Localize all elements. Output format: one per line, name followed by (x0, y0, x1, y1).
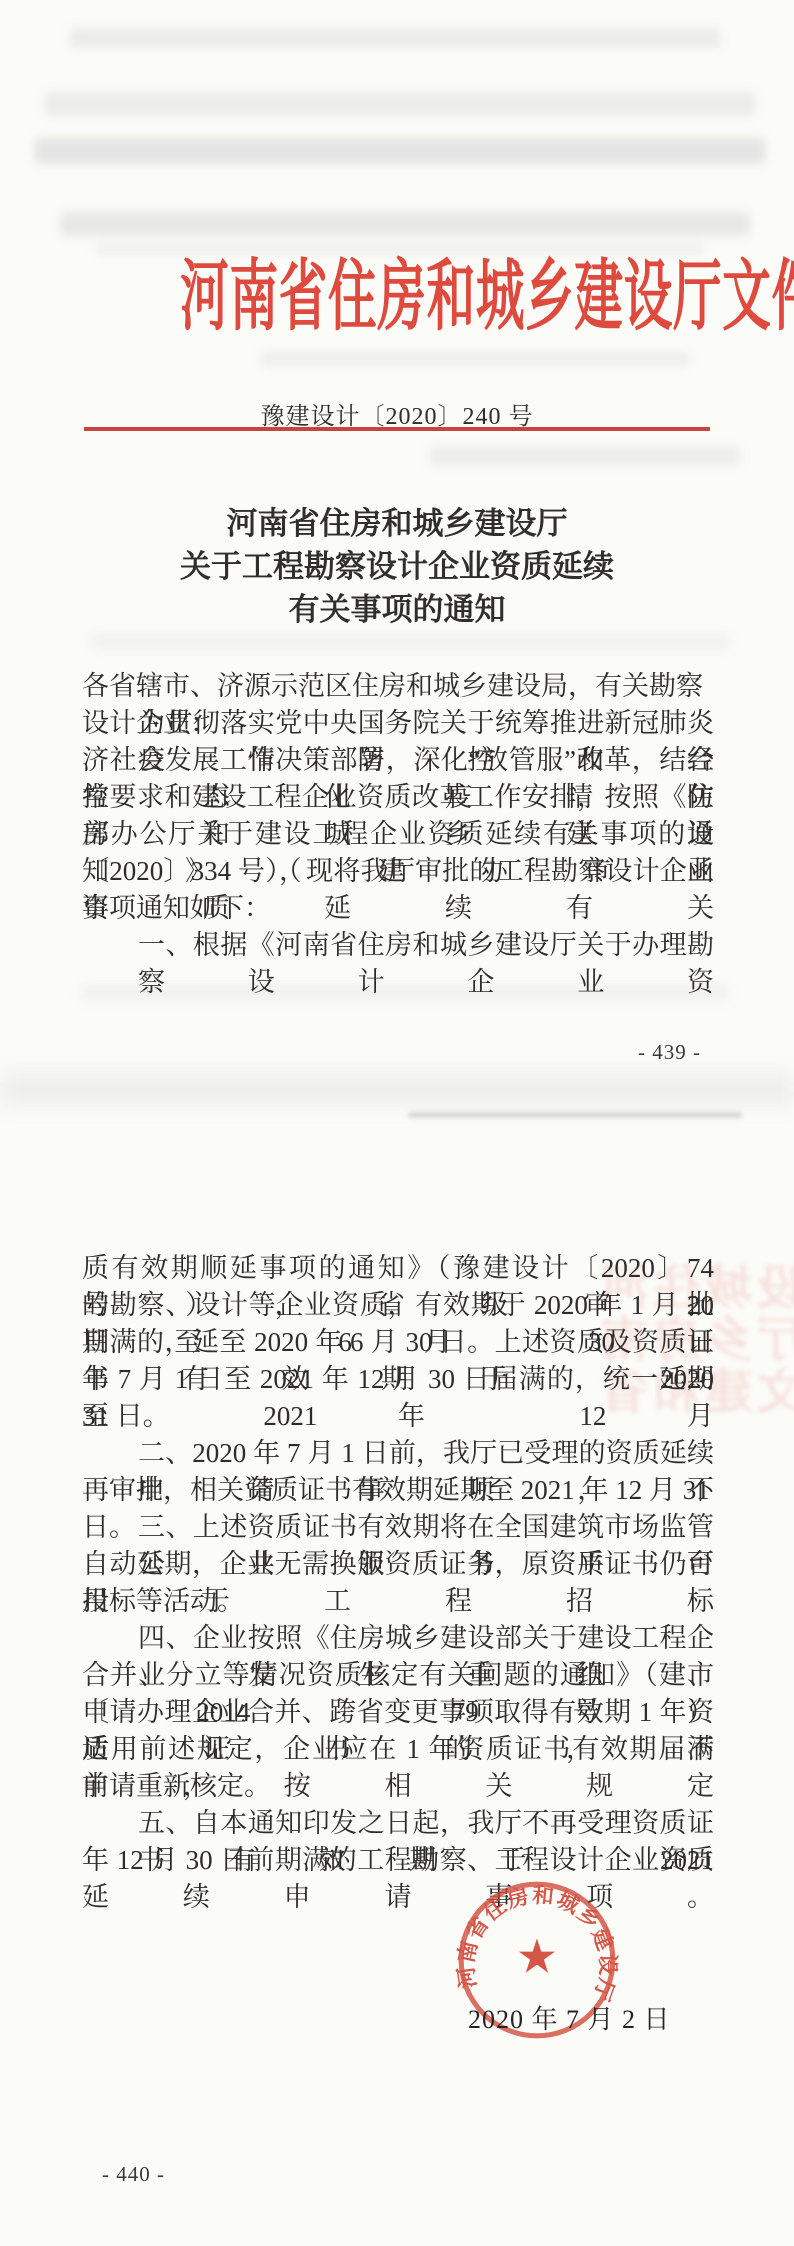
page2-number: - 440 - (102, 2162, 165, 2187)
page2-body: 质有效期顺延事项的通知》（豫建设计〔2020〕74 号），省级审批的勘察、设计等… (82, 1250, 714, 1879)
body-line: 济社会发展工作决策部署，深化“放管服”改革，结合常态化疫情防 (82, 742, 714, 779)
bleed-through-artifact (90, 634, 730, 650)
bleed-through-artifact (0, 1072, 794, 1106)
notice-title: 河南省住房和城乡建设厅 关于工程勘察设计企业资质延续 有关事项的通知 (0, 502, 794, 631)
body-line: 为贯彻落实党中央国务院关于统筹推进新冠肺炎疫情防控和经 (82, 705, 714, 742)
bleed-through-artifact (408, 1112, 742, 1118)
body-line: 年 7 月 1 日至 2021 年 12 月 30 日届满的，统一延期至 202… (82, 1361, 714, 1398)
body-line: 年 12 月 30 日前期满的工程勘察、工程设计企业资质延续申请事项。 (82, 1842, 714, 1879)
body-line: 二、2020 年 7 月 1 日前，我厅已受理的资质延续申请事项，不 (82, 1435, 714, 1472)
letterhead-title: 河南省住房和城乡建设厅文件 (180, 253, 794, 341)
letterhead: 河南省住房和城乡建设厅文件 (0, 254, 794, 340)
bleed-through-artifact (430, 446, 740, 466)
bleed-through-artifact (70, 28, 720, 48)
body-line: 适用前述规定，企业应在 1 年资质证书有效期届满前，按相关规定 (82, 1731, 714, 1768)
body-line: 一、根据《河南省住房和城乡建设厅关于办理勘察设计企业资 (82, 927, 714, 964)
body-line: 四、企业按照《住房城乡建设部关于建设工程企业发生重组、 (82, 1620, 714, 1657)
page1-body: 各省辖市、济源示范区住房和城乡建设局，有关勘察设计企业：为贯彻落实党中央国务院关… (82, 668, 714, 964)
body-line: 的勘察、设计等企业资质，有效期于 2020 年 1 月 20 日至 6 月 30… (82, 1287, 714, 1324)
body-line: 再审批，相关资质证书有效期延期至 2021 年 12 月 31 日。 (82, 1472, 714, 1509)
body-line: 部办公厅关于建设工程企业资质延续有关事项的通知》（建办市函 (82, 816, 714, 853)
seal-star-icon: ★ (516, 1931, 558, 1983)
red-divider-line (84, 427, 710, 431)
body-line: 五、自本通知印发之日起，我厅不再受理资质证书有效期于 2021 (82, 1805, 714, 1842)
body-line: 各省辖市、济源示范区住房和城乡建设局，有关勘察设计企业： (82, 668, 714, 705)
notice-title-line-3: 有关事项的通知 (0, 588, 794, 631)
bleed-through-artifact (60, 212, 750, 236)
document-number: 豫建设计〔2020〕240 号 (0, 396, 794, 431)
body-line: 三、上述资质证书有效期将在全国建筑市场监管公共服务平台 (82, 1509, 714, 1546)
notice-title-line-1: 河南省住房和城乡建设厅 (0, 502, 794, 545)
body-line: 〔2020〕334 号），现将我厅审批的工程勘察设计企业资质延续有关 (82, 853, 714, 890)
issue-date: 2020 年 7 月 2 日 (468, 1999, 671, 2036)
page1-number: - 439 - (638, 1040, 701, 1065)
scanned-document: 河南省住房和城乡建设厅文件 河南省住房和城乡建设厅文件 豫建设计〔2020〕24… (0, 0, 794, 2246)
body-line: 合并、分立等情况资质核定有关问题的通知》（建市〔2014〕79 号） (82, 1657, 714, 1694)
bleed-through-artifact (35, 138, 765, 164)
bleed-through-artifact (45, 92, 755, 116)
body-line: 质有效期顺延事项的通知》（豫建设计〔2020〕74 号），省级审批 (82, 1250, 714, 1287)
body-line: 控要求和建设工程企业资质改革工作安排，按照《住房和城乡建设 (82, 779, 714, 816)
body-line: 自动延期，企业无需换领资质证书，原资质证书仍可用于工程招标 (82, 1546, 714, 1583)
body-line: 期满的，延至 2020 年 6 月 30 日。上述资质及资质证书有效期于 202… (82, 1324, 714, 1361)
notice-title-line-2: 关于工程勘察设计企业资质延续 (0, 545, 794, 588)
bleed-through-artifact (260, 352, 690, 366)
body-line: 申请办理企业合并、跨省变更事项取得有效期 1 年资质证书的，不 (82, 1694, 714, 1731)
